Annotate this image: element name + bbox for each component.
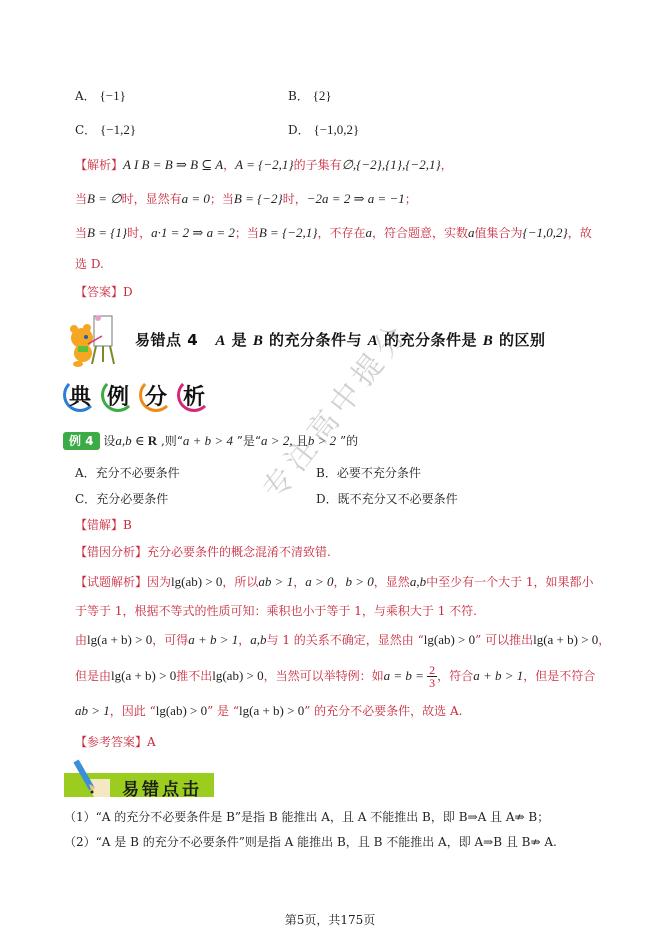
banner-char-fen: 分 xyxy=(139,378,173,412)
wrong-answer: 【错解】B xyxy=(75,517,132,533)
math-expression: ∅,{−2},{1},{−2,1} xyxy=(342,157,441,172)
math-expression: lg(a + b) > 0 xyxy=(239,703,304,718)
text-segment: ，可得 xyxy=(152,633,188,647)
text-segment: ，故 xyxy=(568,226,592,240)
text-segment: ” 的充分不必要条件，故选 A. xyxy=(304,704,462,718)
text-segment: 中至少有一个大于 1，如果都小 xyxy=(426,575,593,589)
text-segment: ，所以 xyxy=(222,575,258,589)
text-segment: ，符合题意，实数 xyxy=(372,226,468,240)
text-segment: ， xyxy=(598,633,610,647)
solution-line-4: 但是由lg(a + b) > 0推不出lg(ab) > 0，当然可以举特例：如a… xyxy=(75,664,595,689)
text-segment: ；当 xyxy=(235,226,259,240)
text-segment: 但是由 xyxy=(75,669,111,683)
math-expression: a = b = xyxy=(384,668,428,683)
solution-line-5: ab > 1，因此 “lg(ab) > 0” 是 “lg(a + b) > 0”… xyxy=(75,703,462,719)
tip-item-1: （1）“A 的充分不必要条件是 B”是指 B 能推出 A，且 A 不能推出 B，… xyxy=(64,809,549,825)
example-option-a: A．充分不必要条件 xyxy=(75,465,180,481)
math-expression: lg(a + b) > 0 xyxy=(87,632,152,647)
error-analysis: 【错因分析】充分必要条件的概念混淆不清致错. xyxy=(75,544,331,560)
math-expression: lg(ab) > 0 xyxy=(171,574,222,589)
math-expression: lg(a + b) > 0 xyxy=(533,632,598,647)
text-segment: ， xyxy=(238,633,250,647)
page-footer: 第5页，共175页 xyxy=(0,911,660,928)
text-segment: 当 xyxy=(75,226,87,240)
text-segment: ；当 xyxy=(210,192,234,206)
prev-option-b: B． {2} xyxy=(288,88,332,104)
analysis-line-4: 选 D. xyxy=(75,256,104,272)
pencil-icon xyxy=(70,757,110,801)
math-expression: lg(ab) > 0 xyxy=(156,703,207,718)
math-expression: a > 0 xyxy=(305,574,333,589)
math-expression: a + b > 4 xyxy=(183,433,233,448)
math-expression: −2a = 2 ⇒ a = −1 xyxy=(307,191,405,206)
text-segment: 设 xyxy=(103,434,115,448)
math-expression: lg(a + b) > 0 xyxy=(111,668,176,683)
document-page: A． {−1} B． {2} C． {−1,2} D． {−1,0,2} 【解析… xyxy=(0,0,660,933)
text-segment: ， xyxy=(334,575,346,589)
text-segment: 值集合为 xyxy=(475,226,523,240)
math-expression: lg(ab) > 0 xyxy=(424,632,475,647)
math-expression: a + b > 1 xyxy=(473,668,523,683)
math-expression: lg(ab) > 0 xyxy=(212,668,263,683)
section-heading: 易错点 4 A 是 B 的充分条件与 A 的充分条件是 B 的区别 xyxy=(135,329,546,350)
text-segment: ” 可以推出 xyxy=(475,633,533,647)
text-segment: 时， xyxy=(283,192,307,206)
text-segment: 推不出 xyxy=(176,669,212,683)
math-expression: a = 0 xyxy=(182,191,210,206)
prev-option-a: A． {−1} xyxy=(75,88,126,104)
math-expression: a,b xyxy=(410,574,426,589)
math-expression: B = {−2,1} xyxy=(259,225,318,240)
tip-item-2: （2）“A 是 B 的充分不必要条件”则是指 A 能推出 B，且 B 不能推出 … xyxy=(64,834,557,850)
reference-answer: 【参考答案】A xyxy=(75,734,156,750)
text-segment: 时， xyxy=(127,226,151,240)
math-expression: B = {−2} xyxy=(234,191,283,206)
math-expression: b > 0 xyxy=(346,574,374,589)
bear-teacher-illustration xyxy=(66,312,128,370)
prev-option-c: C． {−1,2} xyxy=(75,122,136,138)
banner-char-xi: 析 xyxy=(177,378,211,412)
math-expression: ab > 1 xyxy=(258,574,293,589)
text-segment: ，显然 xyxy=(374,575,410,589)
tips-banner-title: 易错点击 xyxy=(122,775,202,800)
analysis-line-3: 当B = {1}时，a·1 = 2 ⇒ a = 2；当B = {−2,1}，不存… xyxy=(75,225,592,241)
solution-line-1: 【试题解析】因为lg(ab) > 0，所以ab > 1，a > 0，b > 0，… xyxy=(75,574,594,590)
text-segment: ，当然可以举特例：如 xyxy=(264,669,384,683)
math-symbol: R xyxy=(148,433,157,448)
math-expression: a·1 = 2 ⇒ a = 2 xyxy=(151,225,235,240)
banner-char-li: 例 xyxy=(101,378,135,412)
math-expression: a,b xyxy=(250,632,266,647)
prev-answer: 【答案】D xyxy=(75,284,133,300)
text-segment: ,则“ xyxy=(157,434,183,448)
example-option-b: B．必要不充分条件 xyxy=(316,465,421,481)
math-expression: {−1,0,2} xyxy=(523,225,568,240)
math-expression: B = ∅ xyxy=(87,191,122,206)
analysis-line-2: 当B = ∅时，显然有a = 0；当B = {−2}时，−2a = 2 ⇒ a … xyxy=(75,191,417,207)
math-expression: ab > 1 xyxy=(75,703,110,718)
analysis-line-1: 【解析】A I B = B ⇒ B ⊆ A，A = {−2,1}的子集有∅,{−… xyxy=(75,157,453,173)
text-segment: ” 是 “ xyxy=(207,704,239,718)
text-segment: ，但是不符合 xyxy=(523,669,595,683)
math-expression: a,b ∈ xyxy=(115,433,147,448)
solution-line-2: 于等于 1，根据不等式的性质可知：乘积也小于等于 1，与乘积大于 1 不符. xyxy=(75,603,477,619)
fraction-two-thirds: 23 xyxy=(427,664,437,689)
text-segment: 当 xyxy=(75,192,87,206)
text-segment: 与 1 的关系不确定，显然由 “ xyxy=(267,633,424,647)
text-segment: 由 xyxy=(75,633,87,647)
typical-example-banner: 典 例 分 析 xyxy=(63,378,211,412)
text-segment: ，因此 “ xyxy=(110,704,156,718)
math-expression: A = {−2,1} xyxy=(235,157,293,172)
text-segment: ， xyxy=(223,158,235,172)
solution-line-3: 由lg(a + b) > 0，可得a + b > 1，a,b与 1 的关系不确定… xyxy=(75,632,610,648)
banner-char-dian: 典 xyxy=(63,378,97,412)
text-segment: 时，显然有 xyxy=(122,192,182,206)
text-segment: 的子集有 xyxy=(294,158,342,172)
text-segment: ； xyxy=(405,192,417,206)
text-segment: ， xyxy=(441,158,453,172)
example-option-c: C．充分必要条件 xyxy=(75,491,168,507)
math-expression: A I B = B ⇒ B ⊆ A xyxy=(123,157,223,172)
text-segment: ”是“ xyxy=(233,434,261,448)
example-option-d: D．既不充分又不必要条件 xyxy=(316,491,458,507)
math-expression: a + b > 1 xyxy=(188,632,238,647)
math-expression: B = {1} xyxy=(87,225,127,240)
text-segment: ， xyxy=(293,575,305,589)
text-segment: 因为 xyxy=(147,575,171,589)
prev-option-d: D． {−1,0,2} xyxy=(288,122,359,138)
text-segment: ，不存在 xyxy=(318,226,366,240)
text-segment: ，符合 xyxy=(437,669,473,683)
example-badge: 例 4 xyxy=(63,432,100,450)
